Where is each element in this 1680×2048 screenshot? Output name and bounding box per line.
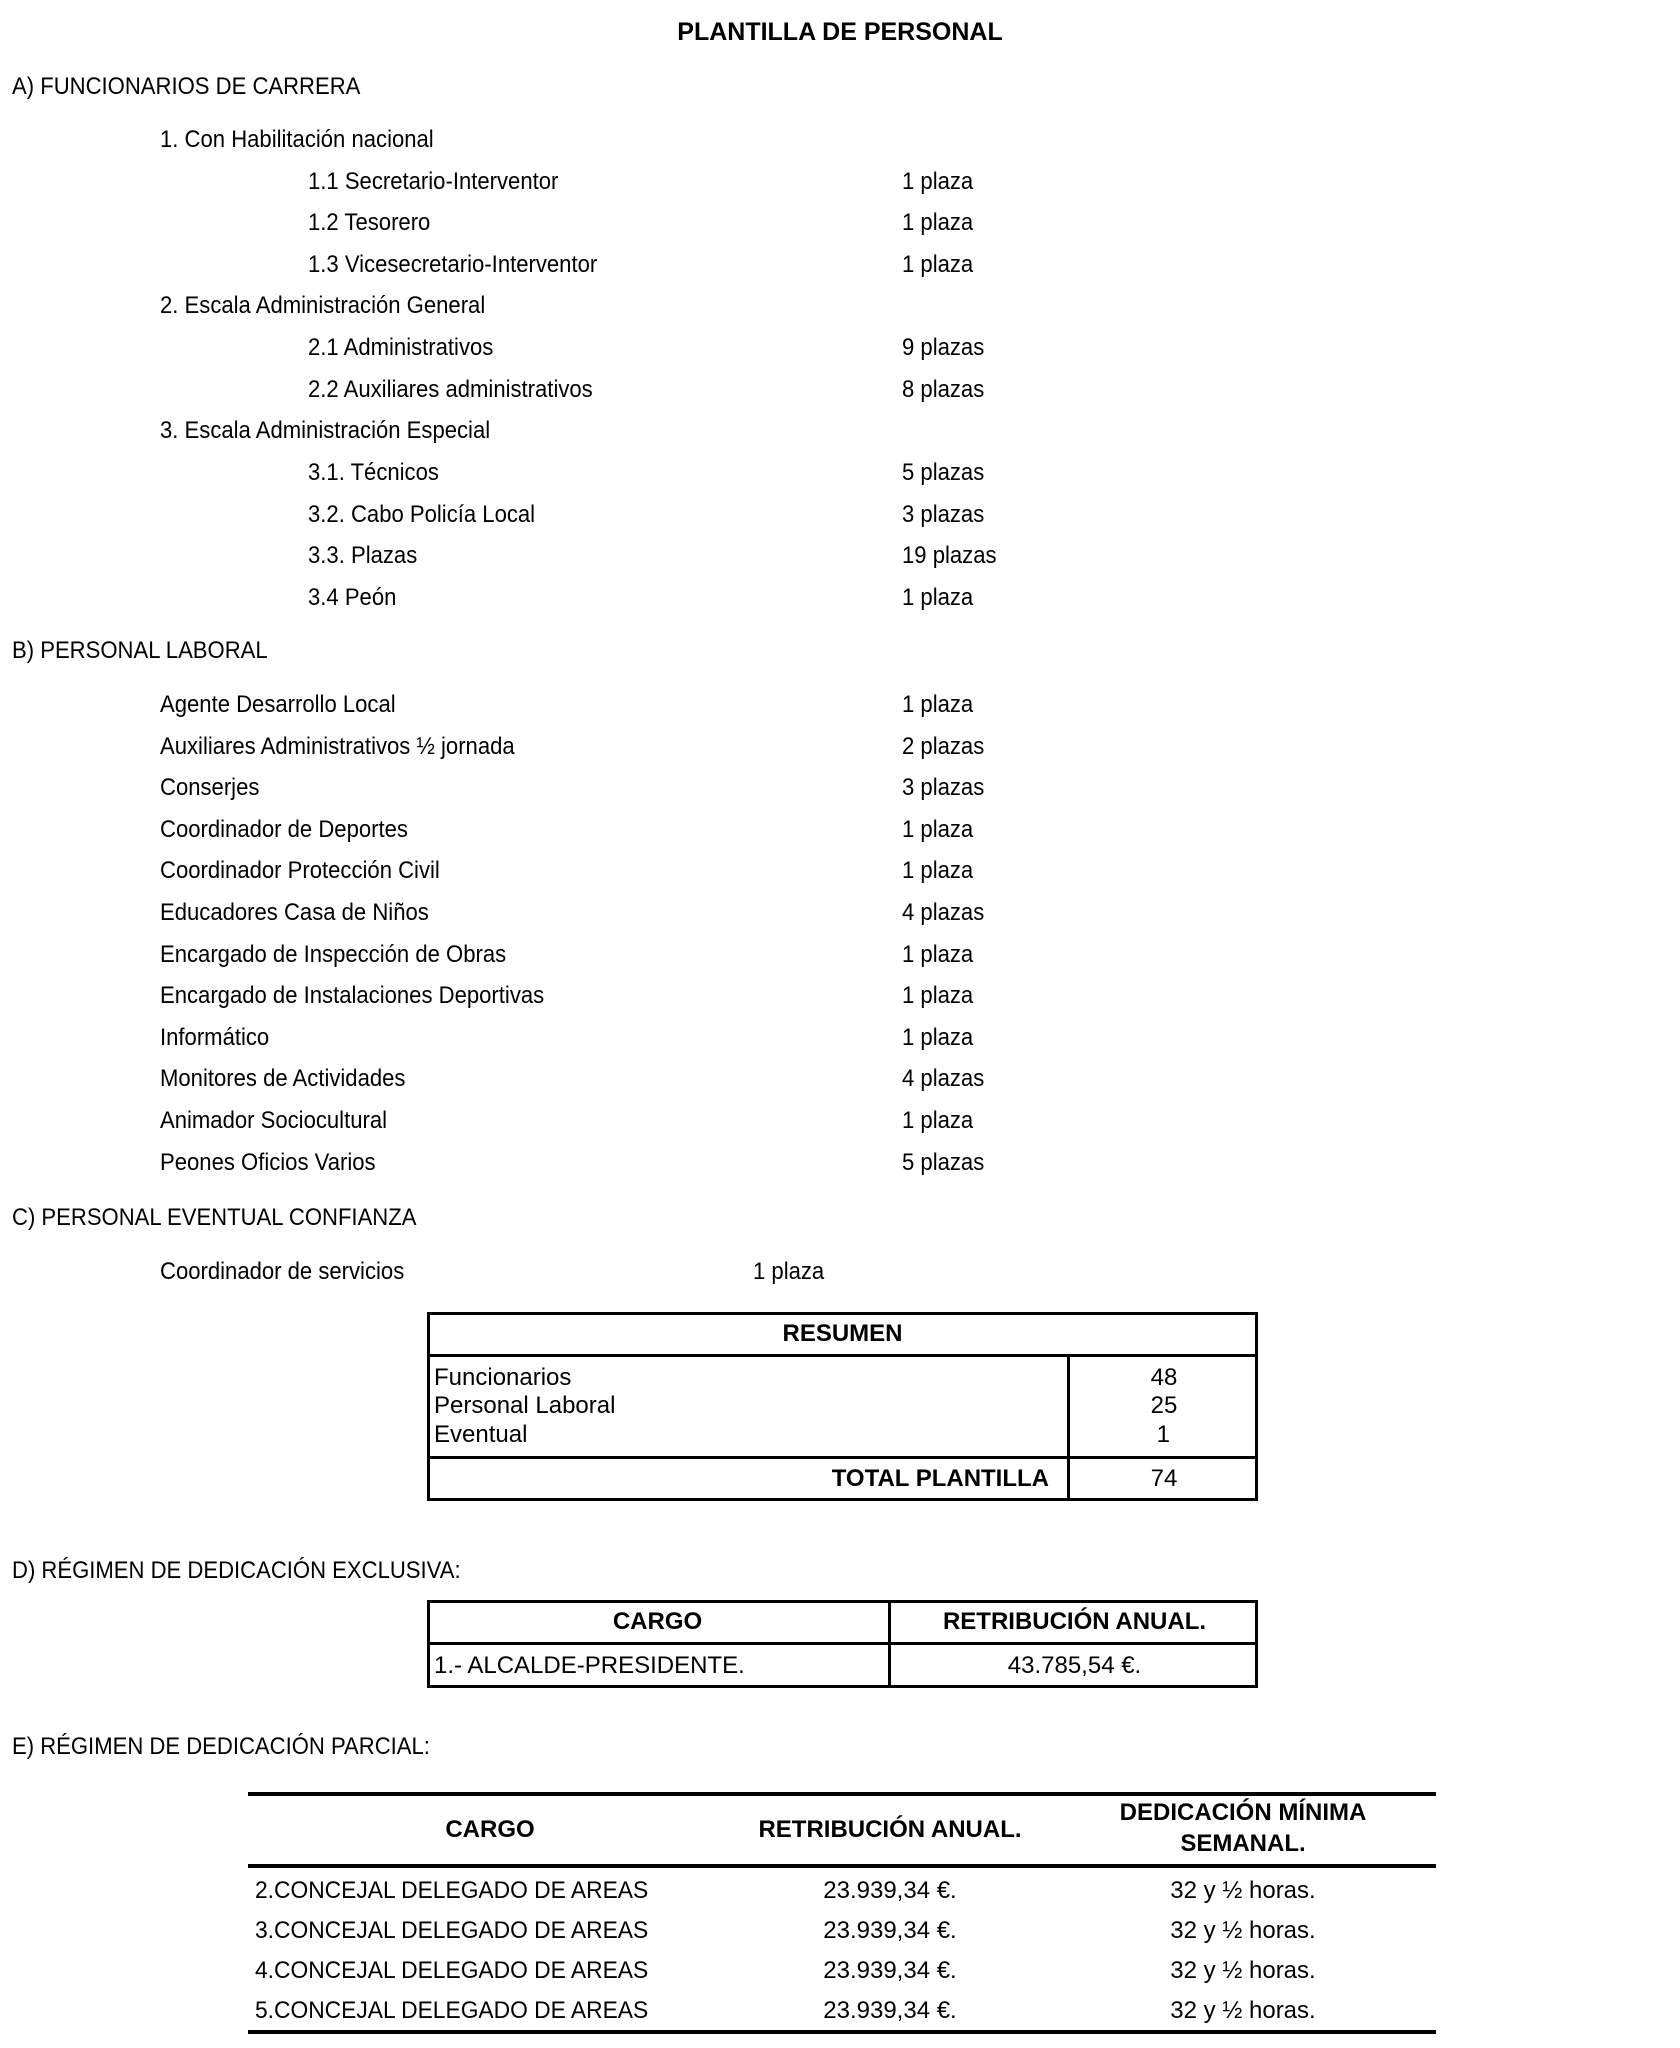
- resumen-value: 48: [1070, 1364, 1258, 1392]
- item-value: 1 plaza: [902, 941, 973, 969]
- item-label: 3.2. Cabo Policía Local: [308, 501, 535, 529]
- item-value: 1 plaza: [902, 857, 973, 885]
- item-label: Coordinador de Deportes: [160, 816, 408, 844]
- item-label: 2.2 Auxiliares administrativos: [308, 376, 593, 404]
- item-label: 1.1 Secretario-Interventor: [308, 168, 558, 196]
- cargo-cell: 4.CONCEJAL DELEGADO DE AREAS: [255, 1957, 648, 1985]
- item-label: Monitores de Actividades: [160, 1065, 405, 1093]
- item-label: Peones Oficios Varios: [160, 1149, 376, 1177]
- item-label: 1.2 Tesorero: [308, 209, 430, 237]
- page-title: PLANTILLA DE PERSONAL: [0, 18, 1680, 46]
- table-top-rule: [248, 1792, 1436, 1796]
- item-label: 3.1. Técnicos: [308, 459, 439, 487]
- item-label: Coordinador Protección Civil: [160, 857, 440, 885]
- resumen-label: Personal Laboral: [434, 1392, 615, 1420]
- item-value: 1 plaza: [902, 209, 973, 237]
- item-label: 2.1 Administrativos: [308, 334, 493, 362]
- item-label: Encargado de Instalaciones Deportivas: [160, 982, 544, 1010]
- resumen-total-label: TOTAL PLANTILLA: [427, 1465, 1049, 1493]
- item-label: 3.3. Plazas: [308, 542, 417, 570]
- item-value: 2 plazas: [902, 733, 984, 761]
- group-label: 2. Escala Administración General: [160, 292, 485, 320]
- cargo-cell: 5.CONCEJAL DELEGADO DE AREAS: [255, 1997, 648, 2025]
- item-label: 1.3 Vicesecretario-Interventor: [308, 251, 597, 279]
- cargo-cell: 3.CONCEJAL DELEGADO DE AREAS: [255, 1917, 648, 1945]
- resumen-label: Funcionarios: [434, 1364, 571, 1392]
- item-value: 1 plaza: [902, 1107, 973, 1135]
- item-value: 3 plazas: [902, 501, 984, 529]
- group-label: 1. Con Habilitación nacional: [160, 126, 434, 154]
- item-value: 1 plaza: [902, 691, 973, 719]
- divider: [427, 1456, 1258, 1459]
- item-value: 1 plaza: [753, 1258, 824, 1286]
- retribucion-cell: 43.785,54 €.: [891, 1652, 1258, 1680]
- resumen-value: 1: [1070, 1421, 1258, 1449]
- retribucion-cell: 23.939,34 €.: [740, 1917, 1040, 1945]
- column-header-retribucion: RETRIBUCIÓN ANUAL.: [740, 1816, 1040, 1844]
- dedicacion-cell: 32 y ½ horas.: [1093, 1917, 1393, 1945]
- table-bottom-rule: [248, 2030, 1436, 2034]
- section-a-heading: A) FUNCIONARIOS DE CARRERA: [12, 73, 360, 101]
- item-value: 1 plaza: [902, 1024, 973, 1052]
- cargo-cell: 2.CONCEJAL DELEGADO DE AREAS: [255, 1877, 648, 1905]
- item-label: Educadores Casa de Niños: [160, 899, 429, 927]
- column-header-cargo: CARGO: [340, 1816, 640, 1844]
- item-value: 9 plazas: [902, 334, 984, 362]
- section-d-heading: D) RÉGIMEN DE DEDICACIÓN EXCLUSIVA:: [12, 1557, 461, 1585]
- item-value: 1 plaza: [902, 816, 973, 844]
- item-value: 4 plazas: [902, 899, 984, 927]
- retribucion-cell: 23.939,34 €.: [740, 1957, 1040, 1985]
- dedicacion-cell: 32 y ½ horas.: [1093, 1877, 1393, 1905]
- section-c-heading: C) PERSONAL EVENTUAL CONFIANZA: [12, 1204, 416, 1232]
- group-label: 3. Escala Administración Especial: [160, 417, 490, 445]
- resumen-title: RESUMEN: [427, 1320, 1258, 1348]
- section-b-heading: B) PERSONAL LABORAL: [12, 637, 268, 665]
- resumen-label: Eventual: [434, 1421, 527, 1449]
- cargo-cell: 1.- ALCALDE-PRESIDENTE.: [434, 1652, 745, 1680]
- item-label: Agente Desarrollo Local: [160, 691, 396, 719]
- resumen-total-value: 74: [1070, 1465, 1258, 1493]
- resumen-value: 25: [1070, 1392, 1258, 1420]
- retribucion-cell: 23.939,34 €.: [740, 1877, 1040, 1905]
- column-header-dedicacion: DEDICACIÓN MÍNIMA: [1093, 1799, 1393, 1827]
- item-value: 4 plazas: [902, 1065, 984, 1093]
- item-value: 1 plaza: [902, 584, 973, 612]
- table-header-rule: [248, 1864, 1436, 1868]
- item-value: 5 plazas: [902, 1149, 984, 1177]
- item-label: Encargado de Inspección de Obras: [160, 941, 506, 969]
- item-value: 8 plazas: [902, 376, 984, 404]
- column-header-dedicacion-2: SEMANAL.: [1093, 1830, 1393, 1858]
- item-value: 1 plaza: [902, 251, 973, 279]
- divider: [427, 1642, 1258, 1645]
- item-label: Animador Sociocultural: [160, 1107, 387, 1135]
- item-value: 1 plaza: [902, 982, 973, 1010]
- column-header-cargo: CARGO: [427, 1608, 888, 1636]
- item-value: 1 plaza: [902, 168, 973, 196]
- retribucion-cell: 23.939,34 €.: [740, 1997, 1040, 2025]
- column-header-retribucion: RETRIBUCIÓN ANUAL.: [891, 1608, 1258, 1636]
- divider: [427, 1354, 1258, 1357]
- item-value: 5 plazas: [902, 459, 984, 487]
- item-label: 3.4 Peón: [308, 584, 396, 612]
- item-value: 3 plazas: [902, 774, 984, 802]
- section-e-heading: E) RÉGIMEN DE DEDICACIÓN PARCIAL:: [12, 1733, 430, 1761]
- item-value: 19 plazas: [902, 542, 997, 570]
- item-label: Coordinador de servicios: [160, 1258, 404, 1286]
- dedicacion-cell: 32 y ½ horas.: [1093, 1997, 1393, 2025]
- dedicacion-cell: 32 y ½ horas.: [1093, 1957, 1393, 1985]
- item-label: Conserjes: [160, 774, 259, 802]
- item-label: Auxiliares Administrativos ½ jornada: [160, 733, 515, 761]
- item-label: Informático: [160, 1024, 269, 1052]
